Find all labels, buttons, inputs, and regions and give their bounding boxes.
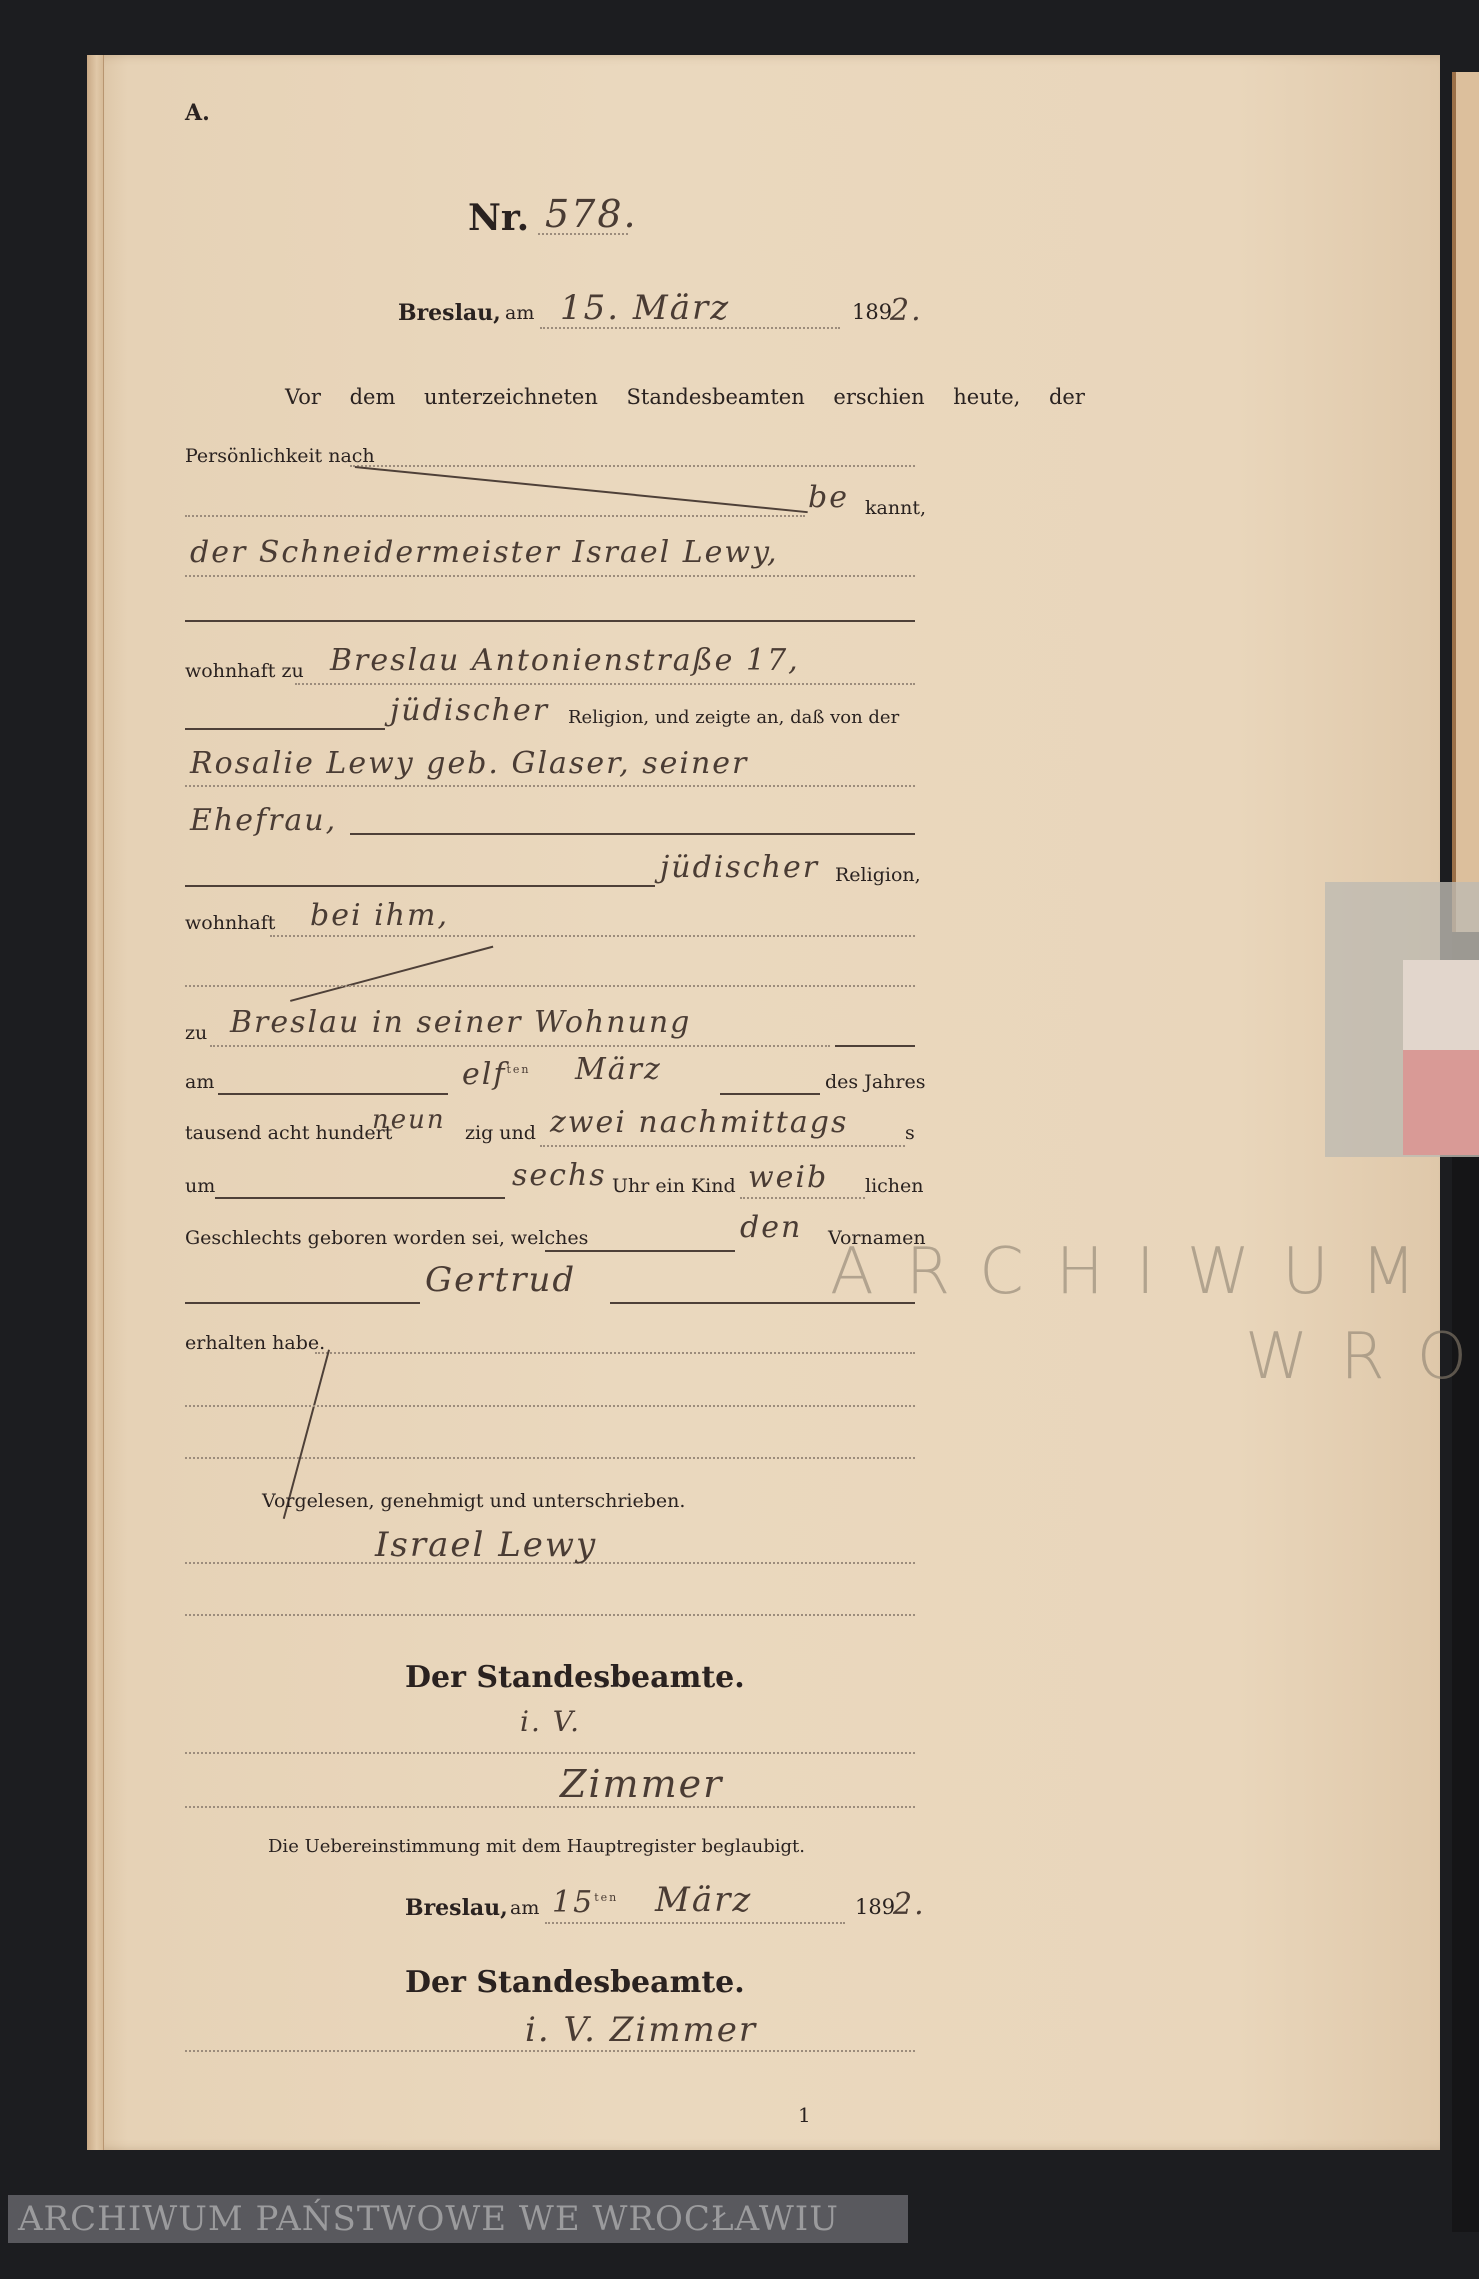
declarant-name: der Schneidermeister Israel Lewy, — [190, 535, 779, 570]
registration-date: 15. März — [560, 288, 730, 328]
certification-line: Die Uebereinstimmung mit dem Hauptregist… — [268, 1836, 805, 1857]
birthplace-label: zu — [185, 1022, 207, 1044]
dotted-line — [295, 683, 915, 685]
cert-day-text: 15 — [552, 1885, 594, 1920]
religion-hand-2: jüdischer — [660, 850, 819, 885]
cert-registrar-heading: Der Standesbeamte. — [405, 1965, 745, 2000]
dotted-line — [185, 1752, 915, 1754]
time-label: um — [185, 1175, 215, 1197]
received-label: erhalten habe. — [185, 1332, 325, 1354]
cert-day-suffix: ten — [594, 1891, 618, 1904]
solid-line — [720, 1093, 820, 1095]
birth-day-label: am — [185, 1071, 214, 1093]
cert-month: März — [655, 1880, 752, 1920]
watermark-line-2: WRO — [1245, 1320, 1479, 1394]
year-words-hand-1: neun — [372, 1105, 446, 1135]
residence-value: Breslau Antonienstraße 17, — [330, 643, 800, 678]
read-approved-line: Vorgelesen, genehmigt und unterschrieben… — [262, 1490, 685, 1512]
sex-line: Geschlechts geboren worden sei, welches — [185, 1227, 588, 1249]
birth-day-value: elften — [462, 1057, 530, 1092]
solid-line — [185, 728, 385, 730]
birth-month: März — [575, 1052, 662, 1087]
dotted-line — [540, 1145, 905, 1147]
date-prefix: am — [505, 302, 534, 324]
known-hand: be — [808, 480, 849, 515]
time-suffix: Uhr ein Kind — [612, 1175, 736, 1197]
record-number-value: 578. — [545, 192, 638, 236]
place-label: Breslau, — [398, 300, 501, 326]
solid-line — [185, 620, 915, 622]
page-number: 1 — [798, 2103, 811, 2127]
solid-line — [185, 1302, 420, 1304]
dotted-line — [545, 1922, 845, 1924]
color-calibration-white — [1403, 960, 1479, 1050]
registrar-heading: Der Standesbeamte. — [405, 1660, 745, 1695]
religion-hand-1: jüdischer — [390, 693, 549, 728]
year-hand: 2. — [890, 293, 923, 328]
cert-place-label: Breslau, — [405, 1895, 508, 1921]
year-printed: 189 — [852, 300, 892, 324]
page-stack-edge — [87, 55, 104, 2150]
child-name: Gertrud — [425, 1260, 576, 1300]
solid-line — [835, 1045, 915, 1047]
dotted-line — [185, 515, 805, 517]
time-value: sechs — [512, 1158, 607, 1193]
dotted-line — [185, 1806, 915, 1808]
mother-residence-value: bei ihm, — [310, 898, 449, 933]
dotted-line — [740, 1197, 865, 1199]
solid-line — [545, 1250, 735, 1252]
religion-line-1: Religion, und zeigte an, daß von der — [568, 707, 899, 728]
sex-suffix: lichen — [865, 1175, 924, 1197]
birth-year-label: des Jahres — [825, 1071, 925, 1093]
watermark-line-1: ARCHIWUM — [830, 1235, 1448, 1309]
archive-footer-watermark: ARCHIWUM PAŃSTWOWE WE WROCŁAWIU — [8, 2195, 908, 2243]
mother-residence-label: wohnhaft — [185, 912, 275, 934]
registrar-iv: i. V. — [520, 1705, 581, 1738]
year-words-hand-2: zwei nachmittags — [550, 1105, 848, 1140]
dotted-line — [185, 1457, 915, 1459]
cert-day: 15ten — [552, 1885, 618, 1920]
cert-date-prefix: am — [510, 1897, 539, 1919]
dotted-line — [350, 465, 915, 467]
adjacent-page-edge — [1452, 72, 1479, 932]
intro-line: Vor dem unterzeichneten Standesbeamten e… — [285, 385, 1085, 409]
firstname-hand: den — [740, 1210, 802, 1245]
solid-line — [218, 1093, 448, 1095]
known-printed: kannt, — [865, 497, 926, 519]
solid-line — [350, 833, 915, 835]
birthplace-value: Breslau in seiner Wohnung — [230, 1005, 691, 1040]
cert-registrar-signature: i. V. Zimmer — [525, 2010, 757, 2050]
dotted-line — [270, 935, 915, 937]
dotted-line — [210, 1045, 830, 1047]
record-number-label: Nr. — [468, 197, 529, 239]
dotted-line — [185, 2050, 915, 2052]
year-words-end: s — [905, 1122, 915, 1144]
identity-label: Persönlichkeit nach — [185, 445, 375, 467]
registrar-signature: Zimmer — [560, 1762, 723, 1806]
solid-line — [185, 885, 655, 887]
dotted-line — [185, 1405, 915, 1407]
cert-year-hand: 2. — [893, 1887, 926, 1922]
dotted-line — [185, 1614, 915, 1616]
cert-year-printed: 189 — [855, 1895, 895, 1919]
declarant-signature: Israel Lewy — [375, 1525, 597, 1565]
dotted-line — [185, 985, 915, 987]
mother-relation: Ehefrau, — [190, 803, 337, 838]
mother-name: Rosalie Lewy geb. Glaser, seiner — [190, 746, 748, 781]
sex-hand: weib — [748, 1160, 828, 1195]
dotted-line — [315, 1352, 915, 1354]
birth-day-text: elf — [462, 1057, 506, 1092]
dotted-line — [185, 785, 915, 787]
section-letter: A. — [185, 100, 210, 126]
year-words-2: zig und — [465, 1122, 536, 1144]
religion-label-2: Religion, — [835, 864, 921, 886]
color-calibration-red — [1403, 1050, 1479, 1155]
residence-label: wohnhaft zu — [185, 660, 304, 682]
solid-line — [215, 1197, 505, 1199]
dotted-line — [185, 575, 915, 577]
birth-day-suffix: ten — [506, 1063, 530, 1076]
year-words-1: tausend acht hundert — [185, 1122, 392, 1144]
